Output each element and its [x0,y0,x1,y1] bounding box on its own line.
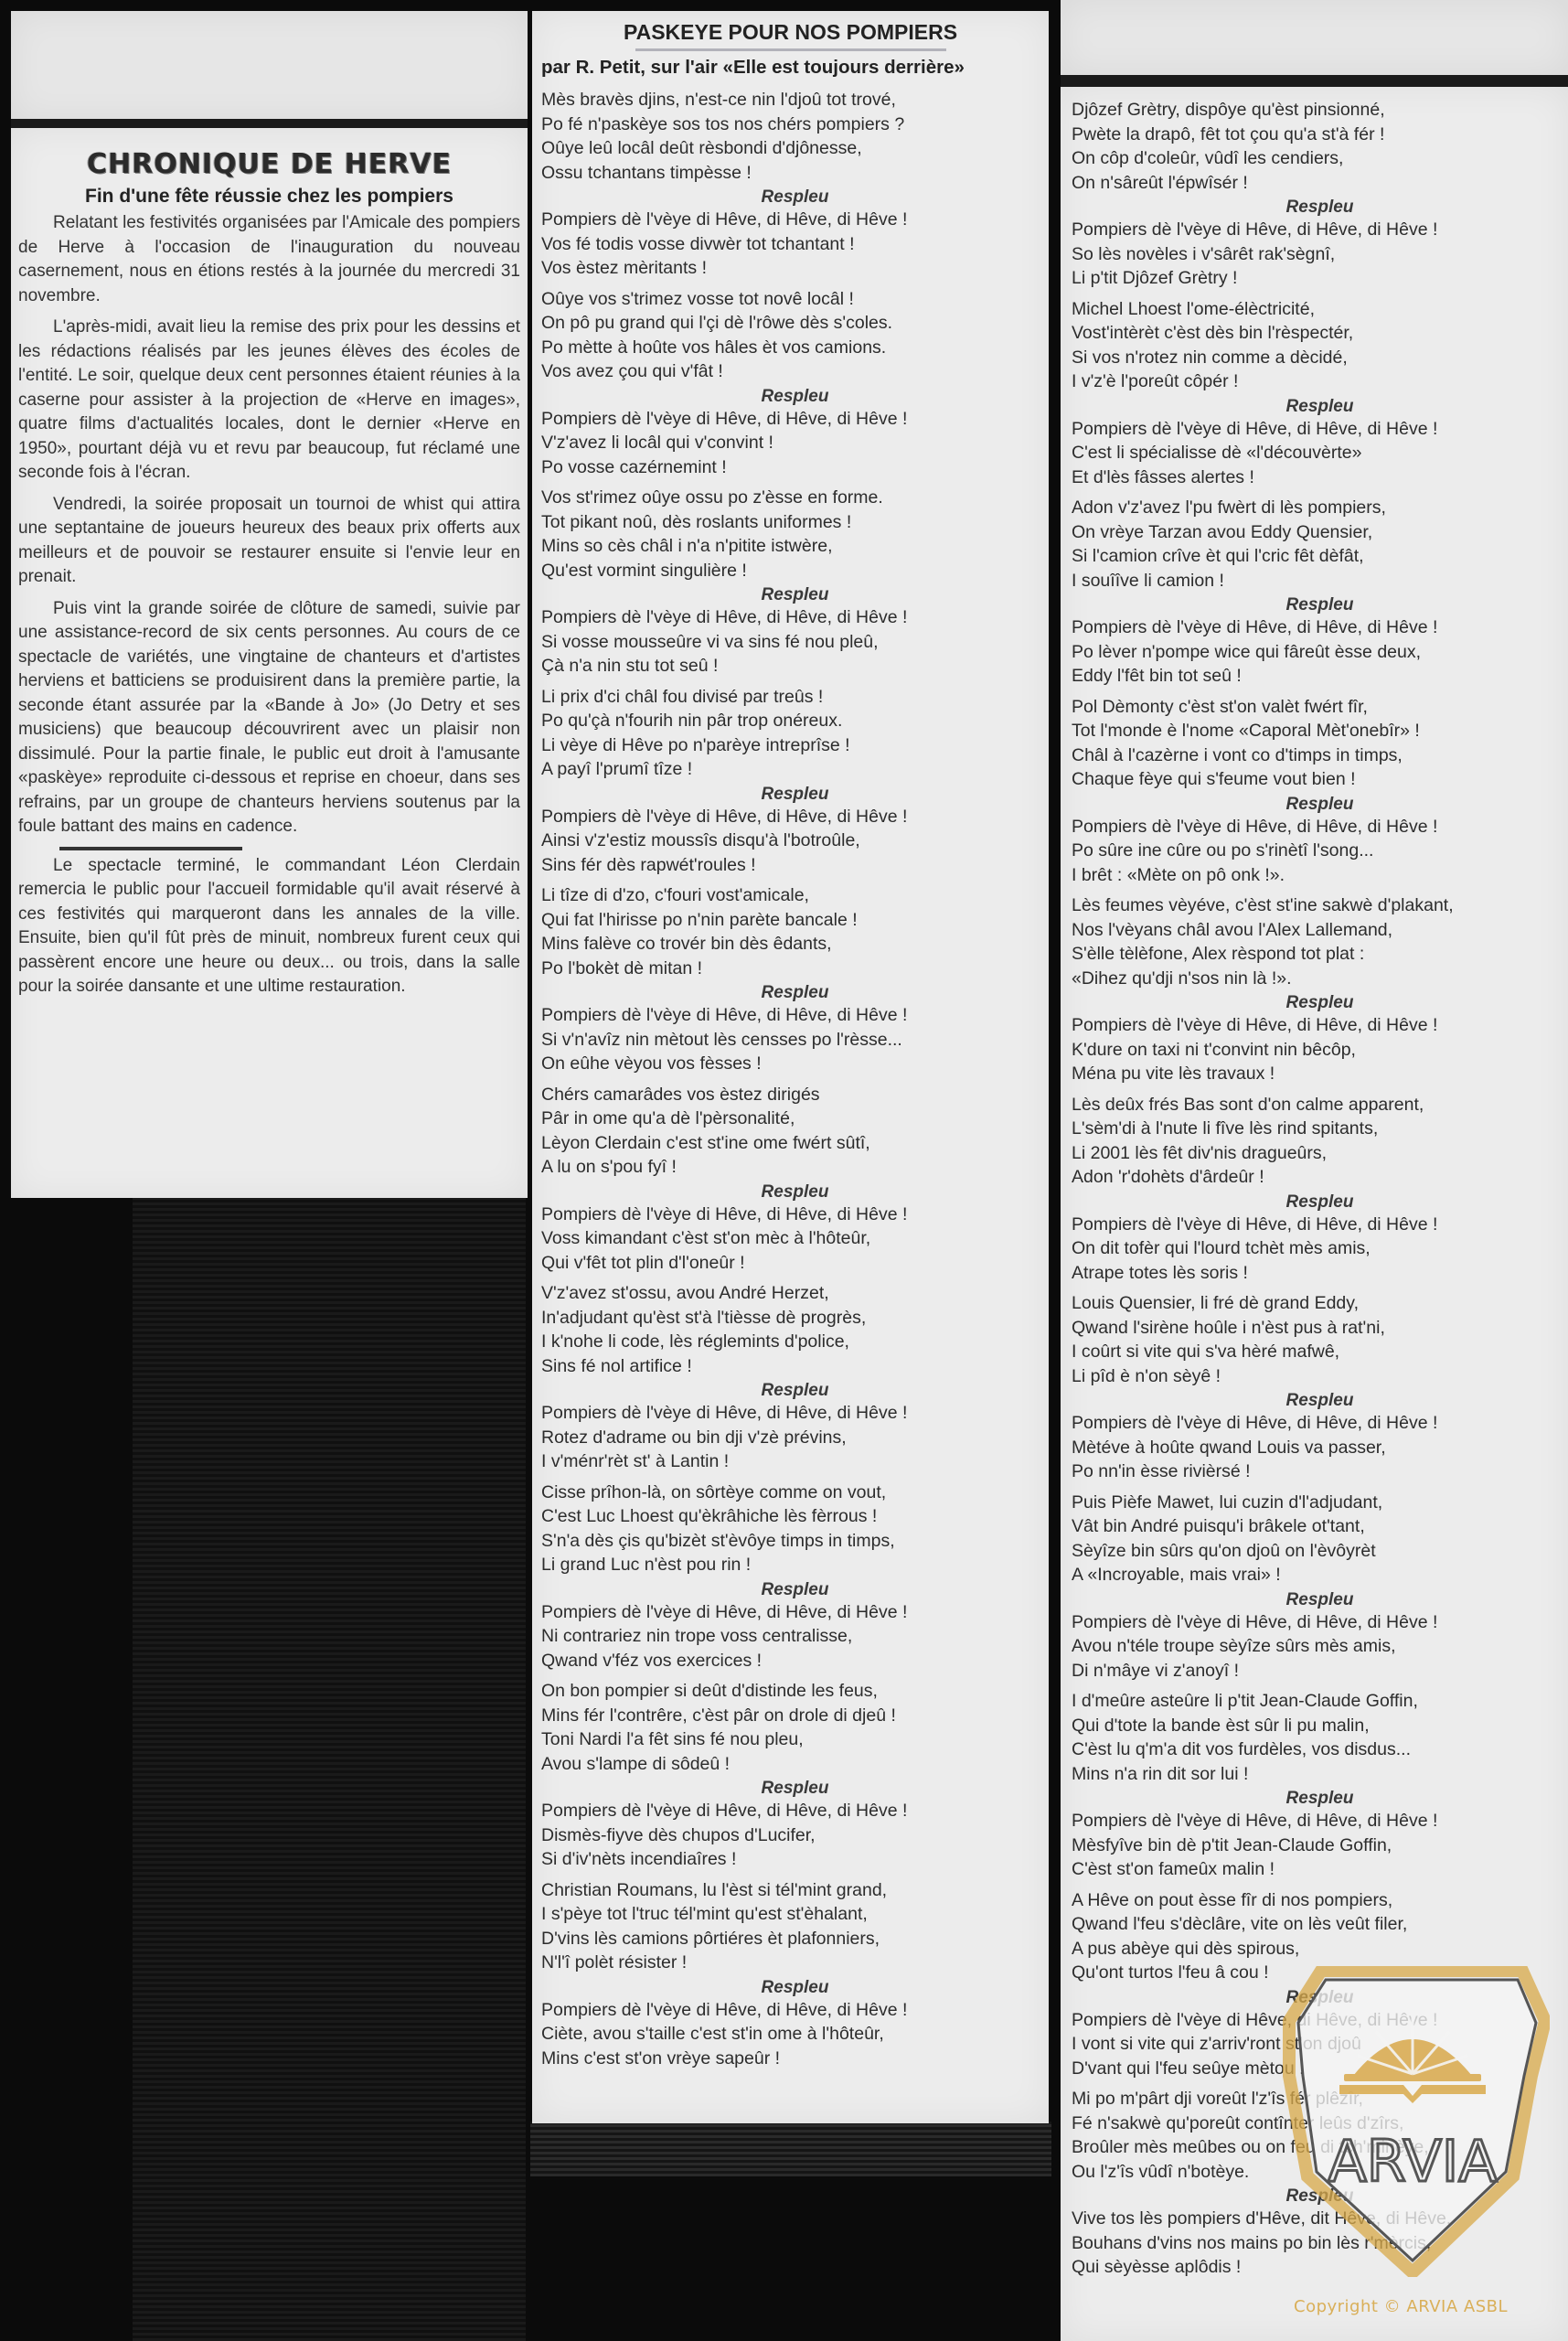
verse-line: Toni Nardi l'a fêt sins fé nou pleu, [541,1727,1049,1752]
refrain: RespleuPompiers dè l'vèye di Hêve, di Hê… [1072,1590,1568,1684]
verse-line: Po mètte à hoûte vos hâles èt vos camion… [541,336,1049,360]
verse-line: Pompiers dè l'vèye di Hêve, di Hêve, di … [1072,1013,1568,1038]
refrain-label: Respleu [541,387,1049,407]
verse-line: C'est Luc Lhoest qu'èkrâhiche lès fèrrou… [541,1504,1049,1529]
verse-line: Ni contrariez nin trope voss centralisse… [541,1624,1049,1649]
blank-clipping-fragment [11,11,528,121]
section-divider [59,847,242,850]
verse-line: On vrèye Tarzan avou Eddy Quensier, [1072,520,1568,545]
verse-line: S'èlle tèlèfone, Alex rèspond tot plat : [1072,942,1568,967]
verse-line: I s'pèye tot l'truc tél'mint qu'est st'è… [541,1902,1049,1927]
verse-line: Po vosse cazérnemint ! [541,455,1049,480]
refrain: RespleuPompiers dè l'vèye di Hêve, di Hê… [541,585,1049,679]
verse-line: Po l'bokèt dè mitan ! [541,957,1049,981]
verse-line: Ainsi v'z'estiz moussîs disqu'à l'botroû… [541,828,1049,853]
verse-line: Sèyîze bin sûrs qu'on djoû on l'èvôyrèt [1072,1539,1568,1564]
poem-byline: par R. Petit, sur l'air «Elle est toujou… [541,57,1049,79]
stanza: Mès bravès djins, n'est-ce nin l'djoû to… [541,88,1049,185]
verse-line: Mèsfyîve bin dè p'tit Jean-Claude Goffin… [1072,1833,1568,1858]
verse-line: Li pîd è n'on sèyê ! [1072,1364,1568,1389]
verse-line: Vos fé todis vosse divwèr tot tchantant … [541,232,1049,257]
refrain-label: Respleu [1072,1590,1568,1610]
section-kicker: CHRONIQUE DE HERVE [11,148,528,180]
stanza: Li prix d'ci châl fou divisé par treûs !… [541,685,1049,782]
verse-line: Mès bravès djins, n'est-ce nin l'djoû to… [541,88,1049,112]
verse-line: Pompiers dè l'vèye di Hêve, di Hêve, di … [541,605,1049,630]
article-paragraph: Vendredi, la soirée proposait un tournoi… [18,493,520,590]
refrain: RespleuPompiers dè l'vèye di Hêve, di Hê… [541,1381,1049,1474]
refrain: RespleuPompiers dè l'vèye di Hêve, di Hê… [541,1779,1049,1872]
refrain-label: Respleu [1072,993,1568,1013]
verse-line: Pol Dèmonty c'èst st'on valèt fwért fîr, [1072,695,1568,720]
verse-line: Lès feumes vèyéve, c'èst st'ine sakwè d'… [1072,893,1568,918]
verse-line: V'z'avez st'ossu, avou André Herzet, [541,1281,1049,1306]
verse-line: I souîîve li camion ! [1072,569,1568,593]
stanza: V'z'avez st'ossu, avou André Herzet,In'a… [541,1281,1049,1378]
verse-line: Qui fat l'hirisse po n'nin parète bancal… [541,908,1049,933]
stanza: Lès deûx frés Bas sont d'on calme appare… [1072,1093,1568,1190]
refrain-label: Respleu [1072,795,1568,815]
verse-line: Po fé n'paskèye sos tos nos chérs pompie… [541,112,1049,137]
poem-column-middle: Mès bravès djins, n'est-ce nin l'djoû to… [532,88,1049,2070]
dark-background-strip [530,2122,1051,2176]
stanza: Pol Dèmonty c'èst st'on valèt fwért fîr,… [1072,695,1568,792]
verse-line: Di n'mâye vi z'anoyî ! [1072,1659,1568,1684]
verse-line: C'est li spécialisse dè «l'découvèrte» [1072,441,1568,465]
refrain-label: Respleu [1072,1391,1568,1411]
refrain: RespleuPompiers dè l'vèye di Hêve, di Hê… [1072,993,1568,1086]
refrain: RespleuPompiers dè l'vèye di Hêve, di Hê… [1072,397,1568,490]
stanza: Christian Roumans, lu l'èst si tél'mint … [541,1878,1049,1975]
verse-line: Pompiers dè l'vèye di Hêve, di Hêve, di … [541,208,1049,232]
dark-background [133,1198,526,2341]
stanza: Michel Lhoest l'ome-élèctricité,Vost'int… [1072,297,1568,394]
verse-line: Pwète la drapô, fêt tot çou qu'a st'à fé… [1072,123,1568,147]
verse-line: Eddy l'fêt bin tot seû ! [1072,664,1568,689]
verse-line: Li vèye di Hêve po n'parèye intreprîse ! [541,733,1049,758]
verse-line: Li 2001 lès fêt div'nis dragueûrs, [1072,1141,1568,1166]
refrain: RespleuPompiers dè l'vèye di Hêve, di Hê… [1072,795,1568,888]
verse-line: Mins c'est st'on vrèye sapeûr ! [541,2047,1049,2071]
verse-line: Cisse prîhon-là, on sôrtèye comme on vou… [541,1480,1049,1505]
verse-line: Vât bin André puisqu'i brâkele ot'tant, [1072,1514,1568,1539]
verse-line: I d'meûre asteûre li p'tit Jean-Claude G… [1072,1689,1568,1714]
verse-line: Lèyon Clerdain c'est st'ine ome fwért sû… [541,1131,1049,1156]
article-paragraph: Relatant les festivités organisées par l… [18,211,520,308]
verse-line: C'èst st'on fameûx malin ! [1072,1857,1568,1882]
svg-text:ARVIA: ARVIA [1328,2128,1497,2195]
verse-line: Pompiers dè l'vèye di Hêve, di Hêve, di … [541,805,1049,829]
verse-line: Rotez d'adrame ou bin dji v'zè prévins, [541,1426,1049,1450]
verse-line: Voss kimandant c'èst st'on mèc à l'hôteû… [541,1226,1049,1251]
refrain-label: Respleu [1072,397,1568,417]
verse-line: Pompiers dè l'vèye di Hêve, di Hêve, di … [541,1600,1049,1625]
refrain: RespleuPompiers dè l'vèye di Hêve, di Hê… [541,187,1049,281]
verse-line: Ossu tchantans timpèsse ! [541,161,1049,186]
refrain-label: Respleu [1072,1192,1568,1213]
verse-line: Qwand l'feu s'dèclâre, vite on lès veût … [1072,1912,1568,1937]
arvia-shield-logo-icon: ARVIA [1266,1966,1550,2277]
stanza: Vos st'rimez oûye ossu po z'èsse en form… [541,486,1049,583]
refrain-label: Respleu [1072,1789,1568,1809]
verse-line: Dismès-fiyve dès chupos d'Lucifer, [541,1823,1049,1848]
verse-line: Li tîze di d'zo, c'fouri vost'amicale, [541,883,1049,908]
stanza: I d'meûre asteûre li p'tit Jean-Claude G… [1072,1689,1568,1786]
verse-line: A Hêve on pout èsse fîr di nos pompiers, [1072,1888,1568,1913]
verse-line: Li p'tit Djôzef Grètry ! [1072,266,1568,291]
verse-line: Vos èstez mèritants ! [541,256,1049,281]
refrain-label: Respleu [541,1381,1049,1401]
verse-line: Sins fé nol artifice ! [541,1354,1049,1379]
verse-line: Qu'est vormint singulière ! [541,559,1049,583]
verse-line: Si l'camion crîve èt qui l'cric fêt dèfâ… [1072,544,1568,569]
verse-line: So lès novèles i v'sârêt rak'sègnî, [1072,242,1568,267]
verse-line: A «Incroyable, mais vrai» ! [1072,1563,1568,1587]
refrain: RespleuPompiers dè l'vèye di Hêve, di Hê… [541,1978,1049,2071]
stanza: Lès feumes vèyéve, c'èst st'ine sakwè d'… [1072,893,1568,990]
verse-line: N'l'î polèt résister ! [541,1951,1049,1975]
verse-line: Avou n'téle troupe sèyîze sûrs mès amis, [1072,1634,1568,1659]
verse-line: Si d'iv'nèts incendiaîres ! [541,1847,1049,1872]
stanza: On bon pompier si deût d'distinde les fe… [541,1679,1049,1776]
verse-line: I coûrt si vite qui s'va hèré mafwê, [1072,1340,1568,1364]
verse-line: Adon v'z'avez l'pu fwèrt di lès pompiers… [1072,496,1568,520]
verse-line: Lès deûx frés Bas sont d'on calme appare… [1072,1093,1568,1117]
verse-line: Po lèver n'pompe wice qui fâreût èsse de… [1072,640,1568,665]
stanza: Chérs camarâdes vos èstez dirigésPâr in … [541,1083,1049,1180]
article-body: Relatant les festivités organisées par l… [18,211,520,999]
verse-line: Çà n'a nin stu tot seû ! [541,654,1049,679]
refrain: RespleuPompiers dè l'vèye di Hêve, di Hê… [1072,1192,1568,1286]
verse-line: Louis Quensier, li fré dè grand Eddy, [1072,1291,1568,1316]
refrain-label: Respleu [541,1779,1049,1799]
verse-line: Oûye vos s'trimez vosse tot novê locâl ! [541,287,1049,312]
refrain: RespleuPompiers dè l'vèye di Hêve, di Hê… [541,1580,1049,1673]
verse-line: Oûye leû locâl deût rèsbondi d'djônesse, [541,136,1049,161]
refrain-label: Respleu [541,1182,1049,1203]
verse-line: Pompiers dè l'vèye di Hêve, di Hêve, di … [541,1799,1049,1823]
article-paragraph: L'après-midi, avait lieu la remise des p… [18,315,520,486]
verse-line: Mins falève co trovér bin dès êdants, [541,932,1049,957]
verse-line: Châl à l'cazèrne i vont co d'timps in ti… [1072,743,1568,768]
verse-line: Christian Roumans, lu l'èst si tél'mint … [541,1878,1049,1903]
refrain-label: Respleu [1072,198,1568,218]
article-clipping: CHRONIQUE DE HERVE Fin d'une fête réussi… [11,128,528,1198]
verse-line: Si vosse mousseûre vi va sins fé nou ple… [541,630,1049,655]
verse-line: Nos l'vèyans châl avou l'Alex Lallemand, [1072,918,1568,943]
verse-line: Vos avez çou qui v'fât ! [541,359,1049,384]
refrain: RespleuPompiers dè l'vèye di Hêve, di Hê… [1072,1789,1568,1882]
stanza: Li tîze di d'zo, c'fouri vost'amicale,Qu… [541,883,1049,980]
verse-line: Qui v'fêt tot plin d'l'oneûr ! [541,1251,1049,1276]
verse-line: «Dihez qu'dji n'sos nin là !». [1072,967,1568,991]
verse-line: Pompiers dè l'vèye di Hêve, di Hêve, di … [541,1401,1049,1426]
stanza: Cisse prîhon-là, on sôrtèye comme on vou… [541,1480,1049,1577]
verse-line: Pompiers dè l'vèye di Hêve, di Hêve, di … [541,1003,1049,1028]
verse-line: On côp d'coleûr, vûdî les cendiers, [1072,146,1568,171]
verse-line: Ména pu vite lès travaux ! [1072,1062,1568,1086]
verse-line: Djôzef Grètry, dispôye qu'èst pinsionné, [1072,98,1568,123]
verse-line: Qwand l'sirène hoûle i n'èst pus à rat'n… [1072,1316,1568,1341]
verse-line: Pompiers dè l'vèye di Hêve, di Hêve, di … [541,1203,1049,1227]
verse-line: Pompiers dè l'vèye di Hêve, di Hêve, di … [1072,218,1568,242]
verse-line: Mins so cès châl i n'a n'pitite istwère, [541,534,1049,559]
verse-line: Qwand v'féz vos exercices ! [541,1649,1049,1673]
verse-line: Pompiers dè l'vèye di Hêve, di Hêve, di … [1072,1809,1568,1833]
verse-line: On eûhe vèyou vos fèsses ! [541,1052,1049,1076]
verse-line: A pus abèye qui dès spirous, [1072,1937,1568,1962]
verse-line: Tot l'monde è l'nome «Caporal Mèt'onebîr… [1072,719,1568,743]
article-headline: Fin d'une fête réussie chez les pompiers [11,186,528,208]
verse-line: On pô pu grand qui l'çi dè l'rôwe dès s'… [541,311,1049,336]
verse-line: Po nn'in èsse rivièrsé ! [1072,1459,1568,1484]
verse-line: Qui d'tote la bande èst sûr li pu malin, [1072,1714,1568,1738]
scan-shadow-band [1061,75,1568,88]
refrain-label: Respleu [541,585,1049,605]
stanza: Oûye vos s'trimez vosse tot novê locâl !… [541,287,1049,384]
verse-line: Po qu'çà n'fourih nin pâr trop onéreux. [541,709,1049,733]
verse-line: A payî l'prumî tîze ! [541,757,1049,782]
verse-line: A lu on s'pou fyî ! [541,1155,1049,1180]
verse-line: Pompiers dè l'vèye di Hêve, di Hêve, di … [541,407,1049,432]
verse-line: D'vins lès camions pôrtiéres èt plafonni… [541,1927,1049,1951]
verse-line: Mins fér l'contrêre, c'èst pâr on drole … [541,1704,1049,1728]
stanza: Louis Quensier, li fré dè grand Eddy,Qwa… [1072,1291,1568,1388]
verse-line: Pompiers dè l'vèye di Hêve, di Hêve, di … [541,1998,1049,2023]
verse-line: I brêt : «Mète on pô onk !». [1072,863,1568,888]
poem-title: PASKEYE POUR NOS POMPIERS [532,20,1049,45]
verse-line: Mins n'a rin dit sor lui ! [1072,1762,1568,1787]
verse-line: Pompiers dè l'vèye di Hêve, di Hêve, di … [1072,1411,1568,1436]
verse-line: Pompiers dè l'vèye di Hêve, di Hêve, di … [1072,815,1568,839]
verse-line: Vos st'rimez oûye ossu po z'èsse en form… [541,486,1049,510]
refrain: RespleuPompiers dè l'vèye di Hêve, di Hê… [541,785,1049,878]
verse-line: Sins fér dès rapwét'roules ! [541,853,1049,878]
refrain: RespleuPompiers dè l'vèye di Hêve, di Hê… [1072,198,1568,291]
verse-line: Pompiers dè l'vèye di Hêve, di Hêve, di … [1072,1610,1568,1635]
verse-line: Pompiers dè l'vèye di Hêve, di Hêve, di … [1072,417,1568,442]
verse-line: S'n'a dès çis qu'bizèt st'èvôye timps in… [541,1529,1049,1554]
verse-line: In'adjudant qu'èst st'à l'tièsse dè prog… [541,1306,1049,1331]
stanza: Puis Pièfe Mawet, lui cuzin d'l'adjudant… [1072,1491,1568,1587]
verse-line: Si vos n'rotez nin comme a dècidé, [1072,346,1568,370]
verse-line: Mètéve à hoûte qwand Louis va passer, [1072,1436,1568,1460]
refrain: RespleuPompiers dè l'vèye di Hêve, di Hê… [541,983,1049,1076]
verse-line: I v'z'è l'poreût côpér ! [1072,369,1568,394]
poem-clipping-middle: PASKEYE POUR NOS POMPIERS par R. Petit, … [532,11,1049,2123]
verse-line: Michel Lhoest l'ome-élèctricité, [1072,297,1568,322]
title-underline [635,48,946,51]
verse-line: V'z'avez li locâl qui v'convint ! [541,431,1049,455]
verse-line: On n'sâreût l'épwîsér ! [1072,171,1568,196]
verse-line: Chérs camarâdes vos èstez dirigés [541,1083,1049,1107]
verse-line: Vost'intèrèt c'èst dès bin l'rèspectér, [1072,321,1568,346]
stanza: Djôzef Grètry, dispôye qu'èst pinsionné,… [1072,98,1568,195]
refrain-label: Respleu [541,1978,1049,1998]
copyright-notice: Copyright © ARVIA ASBL [1294,2297,1508,2316]
article-paragraph: Le spectacle terminé, le commandant Léon… [18,854,520,999]
verse-line: Adon 'r'dohèts d'ârdeûr ! [1072,1165,1568,1190]
refrain: RespleuPompiers dè l'vèye di Hêve, di Hê… [1072,1391,1568,1484]
verse-line: Tot pikant noû, dès roslants uniformes ! [541,510,1049,535]
verse-line: Chaque fèye qui s'feume vout bien ! [1072,767,1568,792]
refrain-label: Respleu [541,187,1049,208]
article-paragraph: Puis vint la grande soirée de clôture de… [18,597,520,839]
verse-line: Atrape totes lès soris ! [1072,1261,1568,1286]
poem-column-right: Djôzef Grètry, dispôye qu'èst pinsionné,… [1061,87,1568,2280]
refrain-label: Respleu [541,1580,1049,1600]
verse-line: I k'nohe li code, lès réglemints d'polic… [541,1330,1049,1354]
refrain: RespleuPompiers dè l'vèye di Hêve, di Hê… [541,1182,1049,1276]
verse-line: C'èst lu q'm'a dit vos furdèles, vos dis… [1072,1737,1568,1762]
stanza: Adon v'z'avez l'pu fwèrt di lès pompiers… [1072,496,1568,593]
verse-line: Pompiers dè l'vèye di Hêve, di Hêve, di … [1072,1213,1568,1237]
verse-line: I v'ménr'rèt st' à Lantin ! [541,1449,1049,1474]
verse-line: Ciète, avou s'taille c'est st'in ome à l… [541,2022,1049,2047]
verse-line: Pâr in ome qu'a dè l'pèrsonalité, [541,1106,1049,1131]
refrain-label: Respleu [1072,595,1568,615]
verse-line: On bon pompier si deût d'distinde les fe… [541,1679,1049,1704]
verse-line: Li grand Luc n'èst pou rin ! [541,1553,1049,1577]
verse-line: Pompiers dè l'vèye di Hêve, di Hêve, di … [1072,615,1568,640]
verse-line: Et d'lès fâsses alertes ! [1072,465,1568,490]
verse-line: On dit tofèr qui l'lourd tchèt mès amis, [1072,1236,1568,1261]
verse-line: Avou s'lampe di sôdeû ! [541,1752,1049,1777]
verse-line: Po sûre ine cûre ou po s'rinètî l'song..… [1072,839,1568,863]
blank-clipping-fragment [1061,0,1568,75]
verse-line: Si v'n'avîz nin mètout lès censses po l'… [541,1028,1049,1053]
refrain-label: Respleu [541,983,1049,1003]
refrain: RespleuPompiers dè l'vèye di Hêve, di Hê… [1072,595,1568,689]
verse-line: Puis Pièfe Mawet, lui cuzin d'l'adjudant… [1072,1491,1568,1515]
refrain: RespleuPompiers dè l'vèye di Hêve, di Hê… [541,387,1049,480]
verse-line: K'dure on taxi ni t'convint nin bêcôp, [1072,1038,1568,1063]
refrain-label: Respleu [541,785,1049,805]
verse-line: L'sèm'di à l'nute li fîve lès rind spita… [1072,1117,1568,1141]
verse-line: Li prix d'ci châl fou divisé par treûs ! [541,685,1049,710]
